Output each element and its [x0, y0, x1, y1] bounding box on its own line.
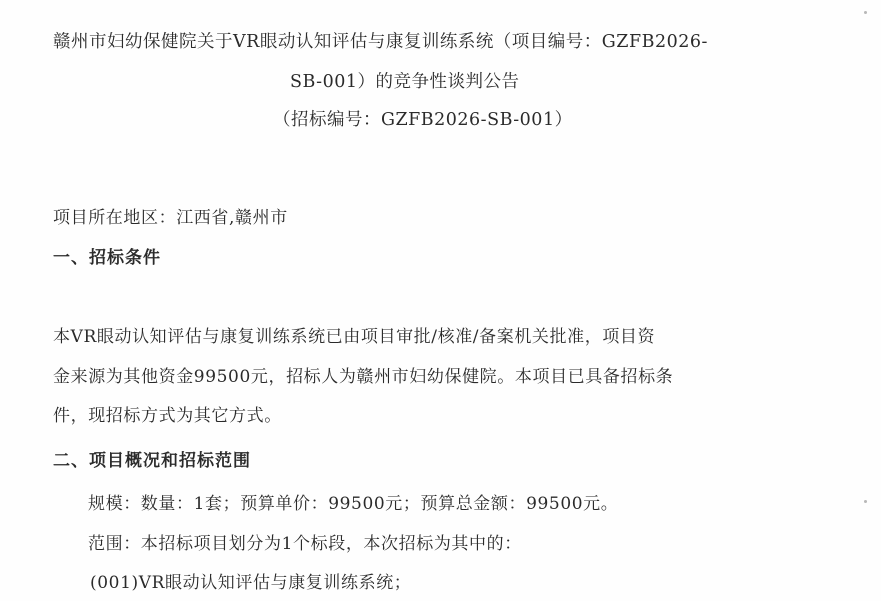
tender-number: （招标编号：GZFB2026-SB-001） — [273, 106, 573, 131]
paragraph-line-2: 金来源为其他资金99500元，招标人为赣州市妇幼保健院。本项目已具备招标条 — [53, 362, 673, 387]
title-line-1: 赣州市妇幼保健院关于VR眼动认知评估与康复训练系统（项目编号：GZFB2026- — [53, 28, 708, 53]
scanned-document-page: 赣州市妇幼保健院关于VR眼动认知评估与康复训练系统（项目编号：GZFB2026-… — [0, 0, 881, 601]
paragraph-line-3: 件，现招标方式为其它方式。 — [53, 401, 282, 426]
section-heading-project-overview: 二、项目概况和招标范围 — [53, 446, 251, 471]
title-line-2: SB-001）的竞争性谈判公告 — [290, 68, 520, 93]
scan-speck — [864, 11, 867, 14]
paragraph-line-1: 本VR眼动认知评估与康复训练系统已由项目审批/核准/备案机关批准，项目资 — [53, 322, 655, 347]
scan-speck — [864, 500, 867, 503]
project-scale: 规模：数量：1套；预算单价：99500元；预算总金额：99500元。 — [88, 489, 618, 514]
project-region: 项目所在地区：江西省,赣州市 — [53, 203, 288, 228]
project-scope: 范围：本招标项目划分为1个标段，本次招标为其中的： — [88, 529, 522, 554]
section-heading-tender-conditions: 一、招标条件 — [53, 243, 161, 268]
lot-item: (001)VR眼动认知评估与康复训练系统； — [90, 568, 411, 593]
